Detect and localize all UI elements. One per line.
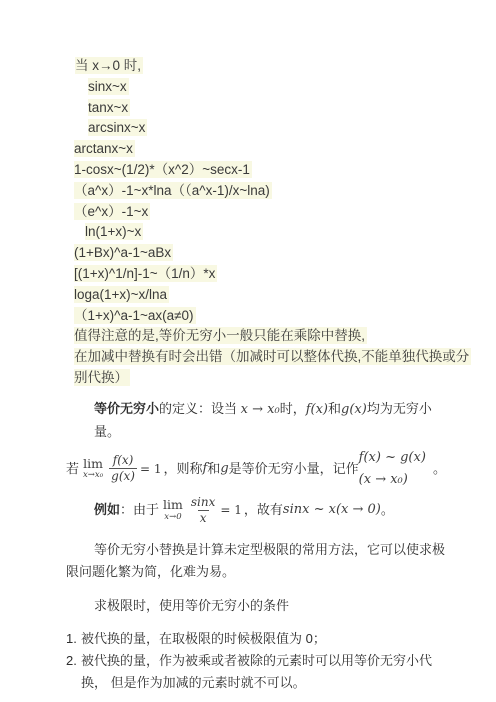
example-term: 例如 — [94, 499, 120, 521]
equivalence-line: sinx~x — [88, 77, 448, 98]
list-item: 1. 被代换的量，在取极限的时候极限值为 0； — [66, 628, 446, 650]
limit-formula-line: 若 lim x→x₀ f(x) g(x) = 1 ，则称 f 和 g 是等价无穷… — [66, 447, 446, 491]
method-paragraph: 等价无穷小替换是计算未定型极限的常用方法，它可以使求极 限问题化繁为简，化难为易… — [66, 539, 446, 583]
math-x-to-x0: x → x₀ — [241, 402, 280, 417]
definition-term: 等价无穷小 — [94, 401, 159, 416]
equivalence-line: 1-cosx~(1/2)*（x^2）~secx-1 — [74, 160, 448, 181]
numerator: f(x) — [111, 453, 136, 468]
equivalence-line: （1+x)^a-1~ax(a≠0) — [74, 306, 448, 327]
numerator: sinx — [189, 495, 218, 510]
limit-block: lim x→0 — [163, 499, 183, 521]
paragraph-line: 限问题化繁为简，化难为易。 — [66, 561, 446, 583]
intro-text: 当 x→0 时, — [75, 57, 143, 74]
condition-list: 1. 被代换的量，在取极限的时候极限值为 0； 2. 被代换的量，作为被乘或者被… — [66, 628, 446, 694]
condition-title: 求极限时，使用等价无穷小的条件 — [66, 595, 446, 617]
note-line: 在加减中替换有时会出错（加减时可以整体代换,不能单独代换或分 — [74, 347, 448, 368]
math-g-of-x: g(x) — [341, 402, 367, 417]
definition-line: 等价无穷小的定义：设当 x → x₀时，f(x)和g(x)均为无穷小量。 — [66, 398, 446, 443]
item-text: 被代换的量，作为被乘或者被除的元素时可以用等价无穷小代换， 但是作为加减的元素时… — [81, 650, 446, 694]
fraction: f(x) g(x) — [109, 453, 137, 484]
equivalence-line: loga(1+x)~x/lna — [74, 285, 448, 306]
equivalence-line: ln(1+x)~x — [85, 222, 448, 243]
equivalence-line: (1+Bx)^a-1~aBx — [74, 243, 448, 264]
equivalence-list: 当 x→0 时, sinx~x tanx~x arcsinx~x arctanx… — [74, 56, 448, 389]
item-text: 被代换的量，在取极限的时候极限值为 0； — [81, 628, 446, 650]
lim-subscript: x→0 — [164, 513, 181, 522]
paragraph-line: 等价无穷小替换是计算未定型极限的常用方法，它可以使求极 — [66, 539, 446, 561]
denominator: g(x) — [109, 468, 137, 484]
note-line: 值得注意的是,等价无穷小一般只能在乘除中替换, — [74, 326, 448, 347]
equals-one: = 1 — [220, 499, 242, 521]
equivalence-line: arctanx~x — [74, 139, 448, 160]
lim-word: lim — [83, 458, 103, 471]
math-f-of-x: f(x) — [306, 402, 328, 417]
intro-line: 当 x→0 时, — [75, 56, 448, 77]
fraction: sinx x — [189, 495, 218, 526]
equivalence-line: （a^x）-1~x*lna（（a^x-1)/x~lna) — [74, 181, 448, 202]
lim-subscript: x→x₀ — [83, 471, 103, 480]
denominator: x — [198, 510, 209, 526]
math-g: g — [220, 458, 228, 480]
note-line: 别代换） — [74, 368, 448, 389]
list-item: 2. 被代换的量，作为被乘或者被除的元素时可以用等价无穷小代换， 但是作为加减的… — [66, 650, 446, 694]
lim-word: lim — [163, 499, 183, 512]
equals-one: = 1 — [140, 458, 162, 480]
item-number: 1. — [66, 628, 81, 650]
equivalence-line: tanx~x — [88, 98, 448, 119]
body-text: 等价无穷小的定义：设当 x → x₀时，f(x)和g(x)均为无穷小量。 若 l… — [66, 398, 446, 694]
example-notation: sinx ~ x(x → 0) — [283, 499, 381, 521]
equivalence-line: arcsinx~x — [88, 118, 448, 139]
equivalence-notation: f(x) ~ g(x)(x → x₀) — [359, 447, 433, 491]
item-number: 2. — [66, 650, 81, 694]
example-line: 例如 ：由于 lim x→0 sinx x = 1 ，故有 sinx ~ x(x… — [66, 495, 446, 526]
equivalence-line: （e^x）-1~x — [74, 202, 448, 223]
document-page: 当 x→0 时, sinx~x tanx~x arcsinx~x arctanx… — [0, 56, 496, 694]
equivalence-line: [(1+x)^1/n]-1~（1/n）*x — [74, 264, 448, 285]
limit-block: lim x→x₀ — [83, 458, 103, 480]
